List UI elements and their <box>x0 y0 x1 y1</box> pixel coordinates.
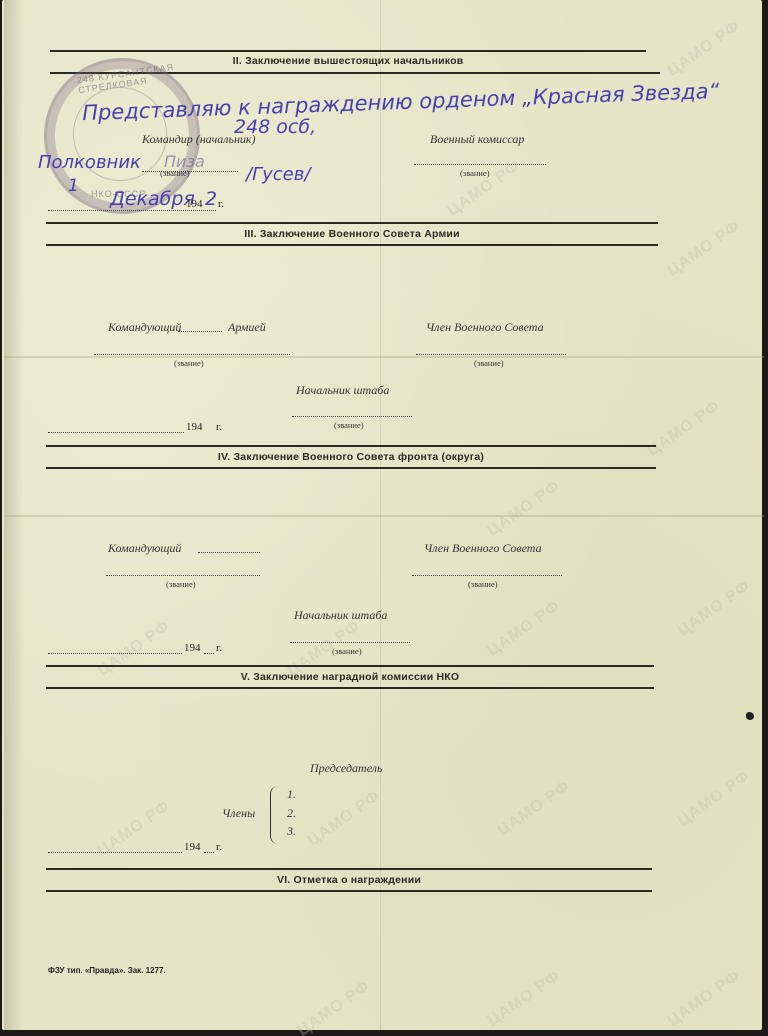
section-rule <box>46 665 654 667</box>
rank-line <box>412 575 562 576</box>
date-line <box>48 432 184 433</box>
section4-heading: IV. Заключение Военного Совета фронта (о… <box>46 451 656 463</box>
member-3: 3. <box>287 824 296 839</box>
handwritten-date-month: Декабря <box>110 188 195 210</box>
date-g: г. <box>216 642 222 654</box>
handwritten-date-year: 2 <box>205 188 217 210</box>
rank-hint: (звание) <box>166 579 196 589</box>
section-rule <box>46 222 658 224</box>
fold-line <box>4 515 764 517</box>
date-g: г. <box>216 841 222 853</box>
commissar-label: Военный комиссар <box>430 132 524 147</box>
rank-hint: (звание) <box>334 420 364 430</box>
date-line <box>204 852 214 853</box>
rank-hint: (звание) <box>174 358 204 368</box>
section-rule <box>50 50 646 52</box>
handwritten-date-day: 1 <box>68 176 79 196</box>
punch-hole <box>746 712 754 720</box>
watermark: ЦАМО РФ <box>674 577 754 640</box>
date-line <box>48 653 182 654</box>
chief-of-staff-label: Начальник штаба <box>294 608 387 623</box>
watermark: ЦАМО РФ <box>664 217 744 280</box>
watermark: ЦАМО РФ <box>664 967 744 1030</box>
rank-hint: (звание) <box>468 579 498 589</box>
date-year-prefix: 194 <box>186 198 203 210</box>
watermark: ЦАМО РФ <box>444 157 524 220</box>
members-brace <box>270 786 281 844</box>
date-year: 194 <box>184 642 201 654</box>
watermark: ЦАМО РФ <box>664 17 744 80</box>
front-commander-label: Командующий <box>108 541 181 556</box>
document-page: ЦАМО РФ ЦАМО РФ ЦАМО РФ ЦАМО РФ ЦАМО РФ … <box>2 0 762 1030</box>
section-rule <box>46 445 656 447</box>
section-rule <box>46 244 658 246</box>
rank-hint: (звание) <box>474 358 504 368</box>
date-line <box>204 653 214 654</box>
handwritten-rank: Полковник <box>38 152 141 173</box>
fold-line <box>4 356 764 358</box>
member-2: 2. <box>287 806 296 821</box>
rank-line <box>106 575 260 576</box>
section3-heading: III. Заключение Военного Совета Армии <box>46 228 658 240</box>
watermark: ЦАМО РФ <box>294 977 374 1036</box>
council-member-label: Член Военного Совета <box>424 541 542 556</box>
army-suffix-label: Армией <box>228 320 266 335</box>
handwritten-signature: /Гусев/ <box>246 164 310 185</box>
rank-line <box>142 171 238 172</box>
date-line <box>48 210 216 211</box>
rank-line <box>416 354 566 355</box>
section-rule <box>46 687 654 689</box>
rank-hint: (звание) <box>160 168 190 178</box>
printer-imprint: ФЗУ тип. «Правда». Зак. 1277. <box>48 966 166 975</box>
rank-line <box>290 642 410 643</box>
rank-line <box>94 354 290 355</box>
date-year: 194 <box>184 841 201 853</box>
chairman-label: Председатель <box>310 761 382 776</box>
watermark: ЦАМО РФ <box>304 787 384 850</box>
watermark: ЦАМО РФ <box>494 777 574 840</box>
council-member-label: Член Военного Совета <box>426 320 544 335</box>
watermark: ЦАМО РФ <box>674 767 754 830</box>
army-commander-label: Командующий <box>108 320 181 335</box>
member-1: 1. <box>287 787 296 802</box>
watermark: ЦАМО РФ <box>484 477 564 540</box>
commissar-rank-hint: (звание) <box>460 168 490 178</box>
front-commander-line <box>198 552 260 553</box>
section5-heading: V. Заключение наградной комиссии НКО <box>46 671 654 683</box>
commissar-rank-line <box>414 164 546 165</box>
rank-hint: (звание) <box>332 646 362 656</box>
army-commander-line <box>178 331 222 332</box>
section6-heading: VI. Отметка о награждении <box>46 874 652 886</box>
date-line <box>48 852 182 853</box>
date-g: г. <box>216 421 222 433</box>
watermark: ЦАМО РФ <box>484 597 564 660</box>
chief-of-staff-label: Начальник штаба <box>296 383 389 398</box>
date-year: 194 <box>186 421 203 433</box>
commander-label: Командир (начальник) <box>142 132 256 147</box>
rank-line <box>292 416 412 417</box>
watermark: ЦАМО РФ <box>484 967 564 1030</box>
section-rule <box>46 467 656 469</box>
watermark: ЦАМО РФ <box>644 397 724 460</box>
section-rule <box>46 890 652 892</box>
date-g: г. <box>218 198 224 210</box>
members-label: Члены <box>222 806 255 821</box>
section-rule <box>46 868 652 870</box>
